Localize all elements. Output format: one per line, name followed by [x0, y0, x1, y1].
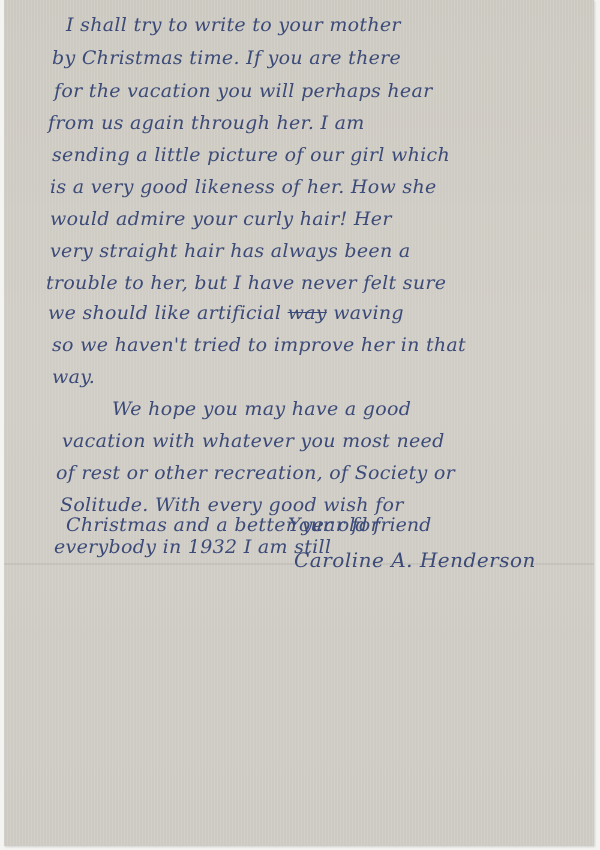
letter-line-11: so we haven't tried to improve her in th…: [52, 334, 466, 356]
letter-line-6: is a very good likeness of her. How she: [50, 176, 437, 198]
letter-line-10: we should like artificial way waving: [48, 302, 404, 324]
letter-line-9: trouble to her, but I have never felt su…: [46, 272, 446, 294]
letter-line-13: We hope you may have a good: [112, 398, 411, 420]
letter-line-5: sending a little picture of our girl whi…: [52, 144, 450, 166]
letter-signature: Caroline A. Henderson: [294, 548, 536, 572]
letter-line-14: vacation with whatever you most need: [62, 430, 445, 452]
letter-line-16: Solitude. With every good wish for: [60, 494, 404, 516]
letter-line-18: everybody in 1932 I am still: [54, 536, 331, 558]
letter-line-7: would admire your curly hair! Her: [50, 208, 392, 230]
letter-line-2: by Christmas time. If you are there: [52, 47, 401, 69]
letter-line-10-end: waving: [333, 302, 404, 324]
letter-line-8: very straight hair has always been a: [50, 240, 410, 262]
letter-line-12: way.: [52, 366, 95, 388]
letter-line-15: of rest or other recreation, of Society …: [56, 462, 455, 484]
letter-line-10-text: we should like artificial: [48, 302, 281, 324]
letter-page: I shall try to write to your mother by C…: [4, 0, 594, 846]
letter-line-1: I shall try to write to your mother: [66, 14, 401, 36]
letter-line-4: from us again through her. I am: [48, 112, 365, 134]
struck-through-word: way: [288, 302, 327, 324]
letter-closing: Your old friend: [288, 514, 431, 536]
letter-line-3: for the vacation you will perhaps hear: [54, 80, 433, 102]
